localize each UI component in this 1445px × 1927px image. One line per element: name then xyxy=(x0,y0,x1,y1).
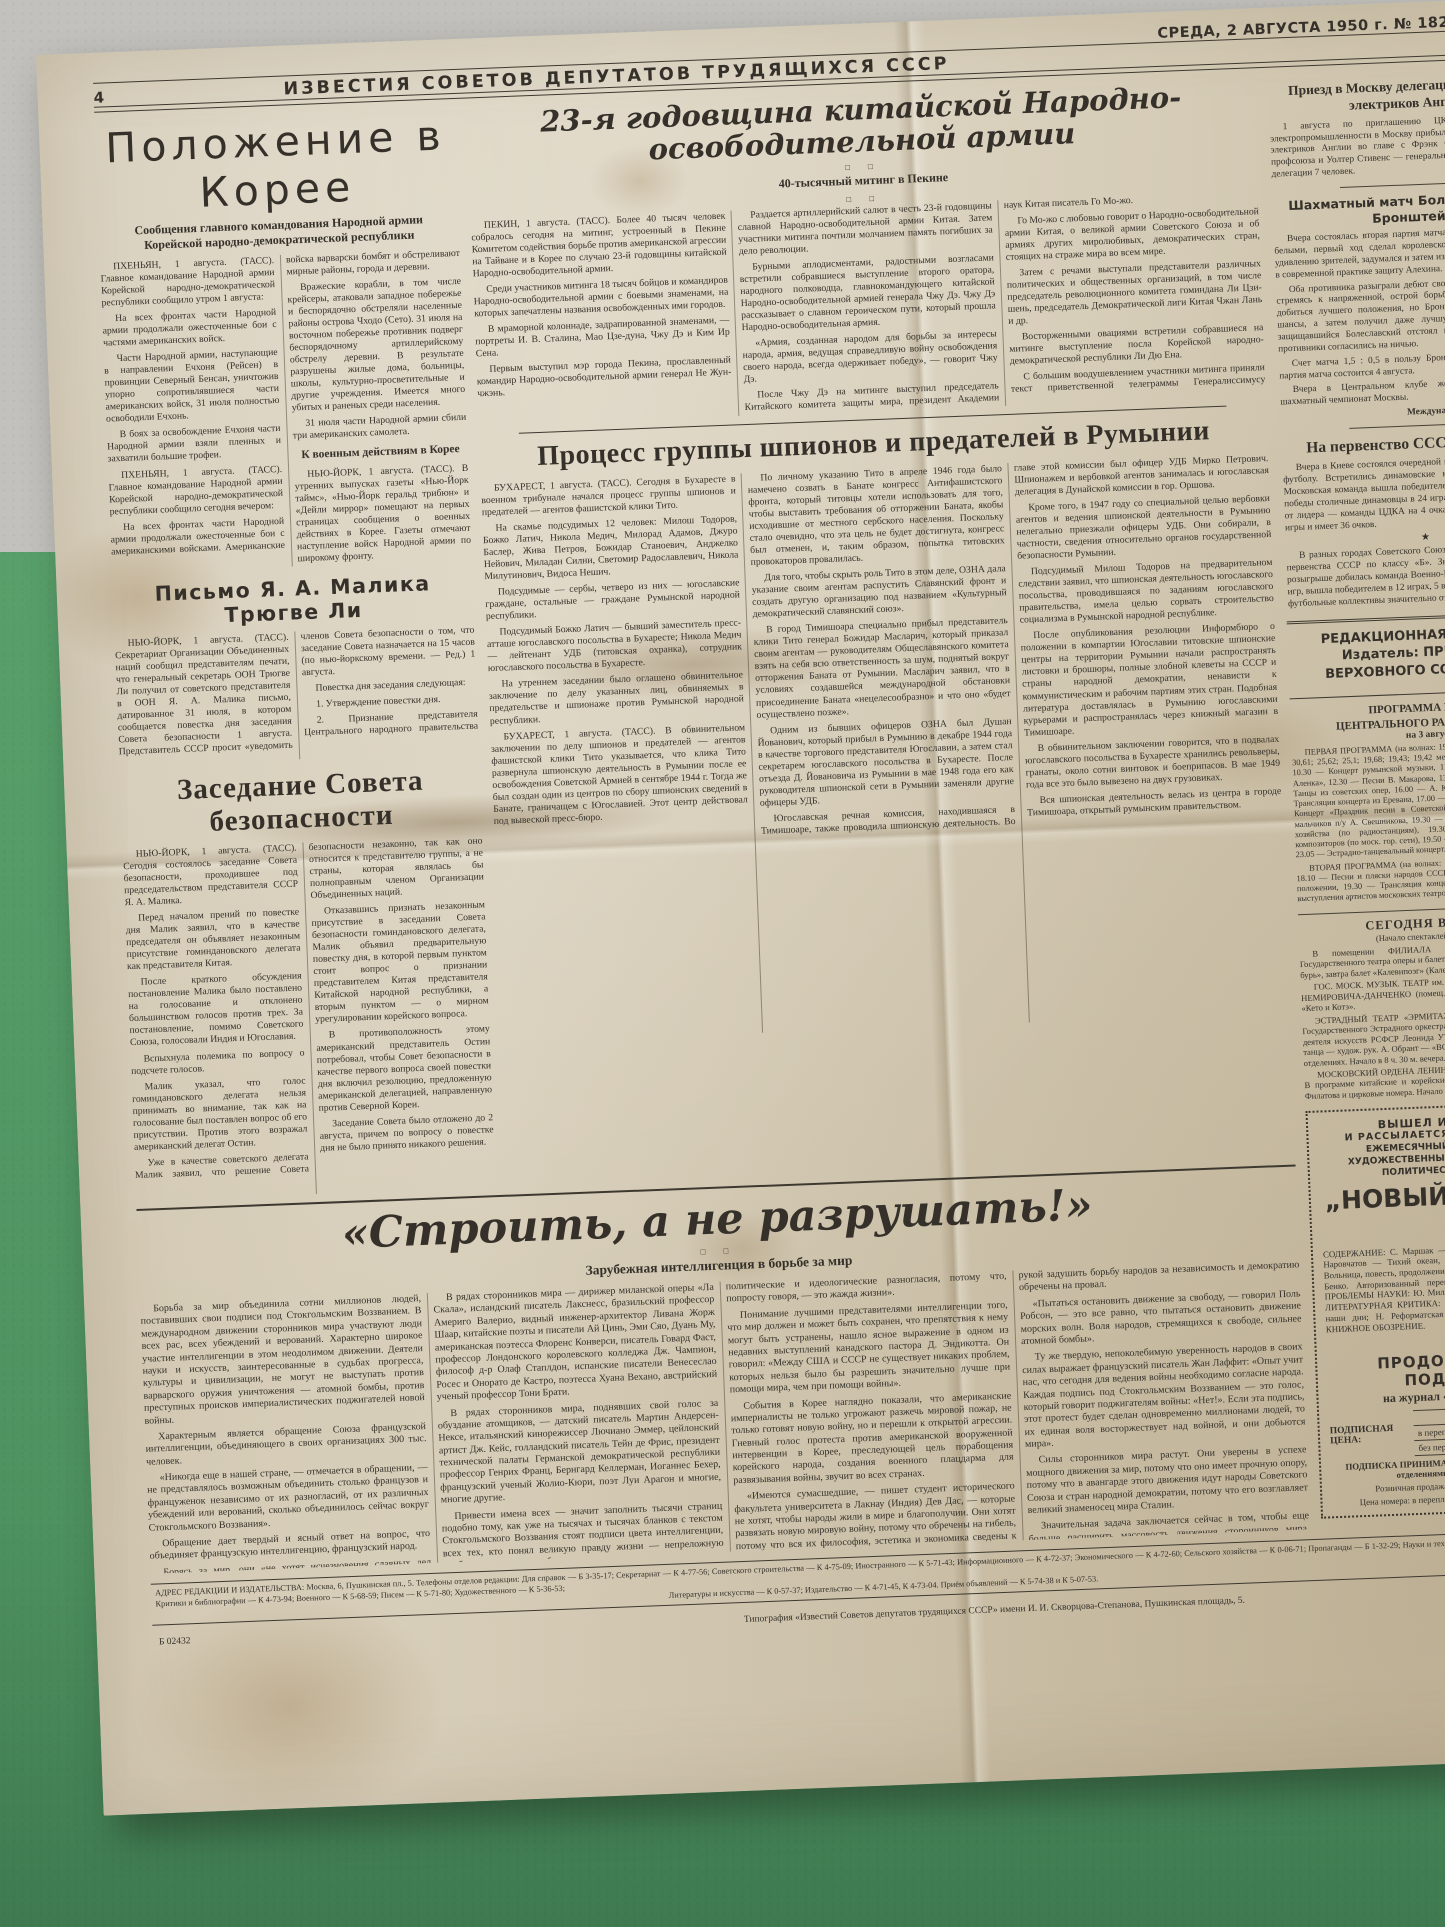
article-malik-letter-body: НЬЮ-ЙОРК, 1 августа. (ТАСС). Секретариат… xyxy=(114,625,479,767)
paragraph: 1. Утверждение повестки дня. xyxy=(303,693,477,712)
print-code: Б 02432 xyxy=(159,1629,379,1647)
theatre-listings-body: В помещении ФИЛИАЛА БОЛЬШОГО ТЕАТРА гаст… xyxy=(1299,938,1445,1102)
paragraph: Заседание Совета было отложено до 2 авгу… xyxy=(319,1112,494,1155)
article-malik-letter-title: Письмо Я. А. Малика Трюгве Ли xyxy=(112,570,474,632)
paragraph: На скамье подсудимых 12 человек: Милош Т… xyxy=(482,513,739,583)
article-security-council-body: НЬЮ-ЙОРК, 1 августа. (ТАСС). Сегодня сос… xyxy=(123,835,496,1201)
paragraph: В обвинительном заключении говорится, чт… xyxy=(1024,733,1280,791)
paragraph: В мраморной колоннаде, задрапированной з… xyxy=(475,315,731,361)
article-chess-match-title: Шахматный матч Болеславский — Бронштейн xyxy=(1278,188,1445,230)
paragraph: После опубликования резолюции Информбюро… xyxy=(1020,621,1279,739)
paragraph: Части Народной армии, наступающие в напр… xyxy=(104,347,281,426)
price-cell: в переплете xyxy=(1414,1423,1445,1441)
article-chess-match: Шахматный матч Болеславский — Бронштейн … xyxy=(1272,188,1445,423)
article-football-body: Вчера в Киеве состоялся очередной матч н… xyxy=(1283,453,1445,535)
article-delegation-title: Приезд в Москву делегации профсоюза элек… xyxy=(1274,73,1445,117)
theatre-listings: СЕГОДНЯ В ТЕАТРАХ (Начало спектаклей в 8… xyxy=(1298,903,1445,1102)
theatre-entry: ЭСТРАДНЫЙ ТЕАТР «ЭРМИТАЖ» — Ежедневно но… xyxy=(1302,1005,1445,1068)
paragraph: Характерным является обращение Союза фра… xyxy=(145,1421,427,1469)
novy-mir-announcement: ВЫШЕЛ ИЗ ПЕЧАТИ И РАССЫЛАЕТСЯ ПОДПИСЧИКА… xyxy=(1305,1101,1445,1519)
paragraph: НЬЮ-ЙОРК, 1 августа. (ТАСС). Сегодня сос… xyxy=(123,843,299,910)
paragraph: На утреннем заседании было оглашено обви… xyxy=(488,670,744,728)
article-korea-title: Положение в Корее xyxy=(95,111,458,221)
newspaper-page: СРЕДА, 2 АВГУСТА 1950 г. № 182 (10331) 4… xyxy=(36,0,1445,1816)
paragraph: После краткого обсуждения постановление … xyxy=(127,971,304,1050)
article-football: На первенство СССР по футболу Вчера в Ки… xyxy=(1282,429,1445,611)
paragraph: Вчера состоялась вторая партия матча. Бо… xyxy=(1274,224,1445,282)
article-security-council-title: Заседание Совета безопасности xyxy=(120,762,482,842)
paragraph: Вчера в Киеве состоялся очередной матч н… xyxy=(1283,453,1445,535)
price-cell: без переплета xyxy=(1414,1438,1445,1456)
paragraph: Для того, чтобы скрыть роль Тито в этом … xyxy=(751,563,1007,621)
article-spy-trial-body: БУХАРЕСТ, 1 августа. (ТАСС). Сегодня в Б… xyxy=(481,453,1290,1043)
article-delegation: Приезд в Москву делегации профсоюза элек… xyxy=(1268,73,1445,182)
paragraph: Силы сторонников мира растут. Они уверен… xyxy=(1025,1445,1308,1518)
novy-mir-title: „НОВЫЙ МИР“ № 8 xyxy=(1320,1176,1445,1244)
article-spy-trial: Процесс группы шпионов и предателей в Ру… xyxy=(479,413,1289,1043)
paragraph: Первым выступил мэр города Пекина, просл… xyxy=(476,355,732,401)
paragraph: 31 июля части Народной армии сбили три а… xyxy=(292,412,467,443)
paragraph: Затем с речами выступали представители р… xyxy=(1006,258,1263,328)
paragraph: Понимание лучшими представителями интелл… xyxy=(727,1299,1011,1396)
article-build-not-destroy: «Строить, а не разрушать!» □ □ Зарубежна… xyxy=(137,1172,1313,1573)
paragraph: ВТОРАЯ ПРОГРАММА (на волнах: 1141; 547,5… xyxy=(1296,853,1445,905)
paragraph: Подсудимые — сербы, четверо из них — юго… xyxy=(485,578,741,624)
page-number: 4 xyxy=(93,86,164,107)
paragraph: В рядах сторонников мира — дирижер милан… xyxy=(433,1282,718,1404)
paragraph: В рядах сторонников мира, поднявших свой… xyxy=(437,1397,722,1507)
subscription-block: ПРОДОЛЖАЕТСЯ ПОДПИСКА на журнал «НОВЫЙ М… xyxy=(1327,1347,1445,1509)
article-korea-subhead: К военным действиям в Корее xyxy=(293,442,467,463)
paragraph: Вспыхнула полемика по вопросу о подсчете… xyxy=(130,1047,305,1078)
paragraph: Малик указал, что голос гоминдановского … xyxy=(131,1075,308,1154)
rail-divider-rule xyxy=(1349,422,1445,429)
subscription-price-label: ПОДПИСНАЯ ЦЕНА: xyxy=(1330,1424,1409,1447)
price-table-row: 1 мес. 3 мес. 6 мес. xyxy=(1413,1404,1445,1426)
price-cell xyxy=(1413,1408,1445,1426)
paragraph: Кроме того, в 1947 году со специальной ц… xyxy=(1015,493,1272,563)
paragraph: БУХАРЕСТ, 1 августа. (ТАСС). В обвинител… xyxy=(490,722,748,828)
paragraph: Привести имена всех — значит заполнить т… xyxy=(441,1500,724,1573)
paragraph: Вся шпионская деятельность велась из цен… xyxy=(1026,785,1281,819)
paragraph: По личному указанию Тито в апреле 1946 г… xyxy=(747,463,1005,569)
paragraph: Среди участников митинга 18 тысяч бойцов… xyxy=(473,275,729,321)
paragraph: Повестка дня заседания следующая: xyxy=(302,677,476,696)
paragraph: Перед началом прений по повестке дня Мал… xyxy=(125,907,301,974)
article-china-body: ПЕКИН, 1 августа. (ТАСС). Более 40 тысяч… xyxy=(471,190,1266,426)
paragraph: Оба противника разыграли дебют своеобраз… xyxy=(1276,274,1445,356)
article-malik-letter: Письмо Я. А. Малика Трюгве Ли НЬЮ-ЙОРК, … xyxy=(112,570,479,767)
paragraph: В разных городах Советского Союза проход… xyxy=(1286,541,1445,611)
paragraph: В боях за освобождение Ечхоня части Наро… xyxy=(106,423,281,466)
paragraph: «Никогда еще в нашей стране, — отмечаетс… xyxy=(147,1462,430,1535)
article-football-title: На первенство СССР по футболу xyxy=(1288,429,1445,459)
article-korea: Положение в Корее Сообщения главного ком… xyxy=(95,111,472,573)
paragraph: В противоположность этому американский п… xyxy=(316,1024,493,1115)
paragraph: ПЕКИН, 1 августа. (ТАСС). Более 40 тысяч… xyxy=(471,211,728,281)
subscription-price-table: 1 мес. 3 мес. 6 мес. в переплете 9 р. xyxy=(1413,1404,1445,1457)
paragraph: Бурными аплодисментами, радостными возгл… xyxy=(739,252,996,334)
paragraph: Отказавшись признать незаконным присутст… xyxy=(311,900,489,1027)
article-security-council: Заседание Совета безопасности НЬЮ-ЙОРК, … xyxy=(120,762,496,1201)
novy-mir-contents: СОДЕРЖАНИЕ: С. Маршак — На страже мира, … xyxy=(1323,1239,1445,1335)
article-korea-body: ПХЕНЬЯН, 1 августа. (ТАСС). Главное кома… xyxy=(100,248,472,574)
paragraph: БУХАРЕСТ, 1 августа. (ТАСС). Сегодня в Б… xyxy=(481,473,737,519)
rail-divider-rule xyxy=(1340,181,1445,188)
paragraph: Одним из бывших офицеров ОЗНА был Душан … xyxy=(757,716,1015,810)
paragraph: В город Тимишоара специально прибыл пред… xyxy=(753,615,1011,721)
paragraph: Подсудимый Милош Тодоров на предваритель… xyxy=(1018,557,1275,627)
paragraph: На всех фронтах части Народной армии про… xyxy=(102,307,277,350)
paragraph: НЬЮ-ЙОРК, 1 августа. (ТАСС). В утренних … xyxy=(294,462,472,565)
paragraph: События в Корее наглядно показали, что а… xyxy=(730,1390,1014,1487)
editorial-board-box: РЕДАКЦИОННАЯ КОЛЛЕГИЯ. Издатель: ПРЕЗИДИ… xyxy=(1287,610,1445,690)
paragraph: Ту же твердую, непоколебимую уверенность… xyxy=(1022,1342,1307,1452)
radio-program: ПРОГРАММА ПЕРЕДАЧ ЦЕНТРАЛЬНОГО РАДИОВЕЩА… xyxy=(1290,688,1445,905)
paragraph: Восторженными овациями встретили собравш… xyxy=(1009,322,1265,368)
paragraph: Борьба за мир объединила сотни миллионов… xyxy=(140,1293,426,1428)
article-chess-match-body: Вчера состоялась вторая партия матча. Бо… xyxy=(1274,224,1445,409)
article-build-body: Борьба за мир объединила сотни миллионов… xyxy=(140,1259,1312,1573)
paragraph: Го Мо-жо с любовью говорит о Народно-осв… xyxy=(1004,206,1260,264)
paragraph: ПХЕНЬЯН, 1 августа. (ТАСС). Главное кома… xyxy=(108,463,284,518)
subscription-title: ПРОДОЛЖАЕТСЯ ПОДПИСКА xyxy=(1327,1347,1445,1393)
photo-of-newspaper-on-wall: { "colors": { "wall_gray": "#c3c1bd", "w… xyxy=(0,0,1445,1927)
paragraph: «Пытаться остановить движение за свободу… xyxy=(1019,1288,1302,1348)
article-china-anniversary: 23-я годовщина китайской Народно-освобод… xyxy=(466,78,1266,426)
paragraph: 1 августа по приглашению ЦК профсоюза ра… xyxy=(1269,112,1445,182)
article-delegation-body: 1 августа по приглашению ЦК профсоюза ра… xyxy=(1269,112,1445,182)
paragraph: ПХЕНЬЯН, 1 августа. (ТАСС). Главное кома… xyxy=(100,255,276,310)
paragraph: Раздается артиллерийский салют в честь 2… xyxy=(737,200,993,258)
radio-program-body: ПЕРВАЯ ПРОГРАММА (на волнах: 1935; 1734;… xyxy=(1292,737,1445,905)
paragraph: Вражеские корабли, в том числе крейсеры,… xyxy=(287,276,466,415)
article-football-body2: В разных городах Советского Союза проход… xyxy=(1286,541,1445,611)
paragraph: ПЕРВАЯ ПРОГРАММА (на волнах: 1935; 1734;… xyxy=(1292,737,1445,861)
paragraph: Подсудимый Божко Латич — бывший заместит… xyxy=(486,618,742,676)
paragraph: «Армия, созданная народом для борьбы за … xyxy=(742,329,998,387)
